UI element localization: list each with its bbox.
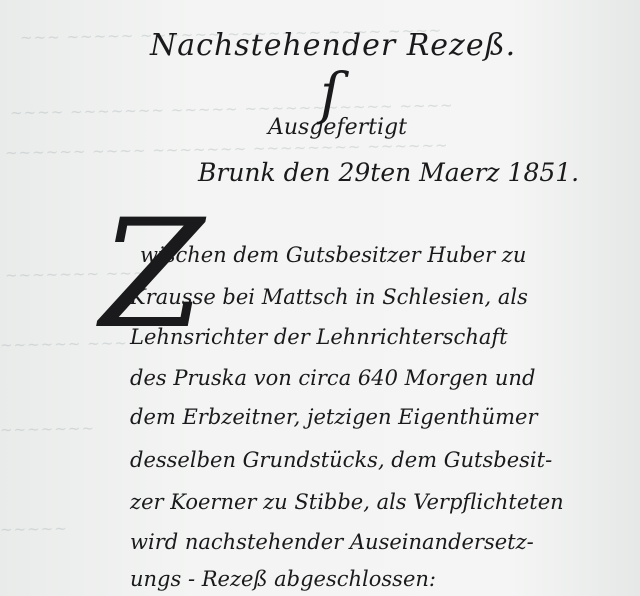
bleed-through-text: ~~~~~~~ <box>0 419 95 439</box>
manuscript-page: ~~~ ~~~~~ ~~~~~~ ~~~~~~~ ~~~~ ~~~~ ~~~~ … <box>0 0 640 596</box>
body-line: Lehnsrichter der Lehnrichterschaft <box>130 325 508 349</box>
document-heading: Nachstehender Rezeß. <box>150 28 516 63</box>
bleed-through-text: ~~~~~ <box>0 519 68 538</box>
body-line: wischen dem Gutsbesitzer Huber zu <box>140 243 526 267</box>
date-line: Brunk den 29ten Maerz 1851. <box>198 158 579 187</box>
body-line: wird nachstehender Auseinandersetz- <box>130 530 534 554</box>
place-label: Ausgefertigt <box>268 115 407 140</box>
body-line: zer Koerner zu Stibbe, als Verpflichtete… <box>130 490 564 514</box>
body-line: ungs - Rezeß abgeschlossen: <box>130 567 436 591</box>
body-line: dem Erbzeitner, jetzigen Eigenthümer <box>130 405 538 429</box>
body-line: Krausse bei Mattsch in Schlesien, als <box>130 285 528 309</box>
body-line: des Pruska von circa 640 Morgen und <box>130 366 535 390</box>
body-line: desselben Grundstücks, dem Gutsbesit- <box>130 448 552 472</box>
